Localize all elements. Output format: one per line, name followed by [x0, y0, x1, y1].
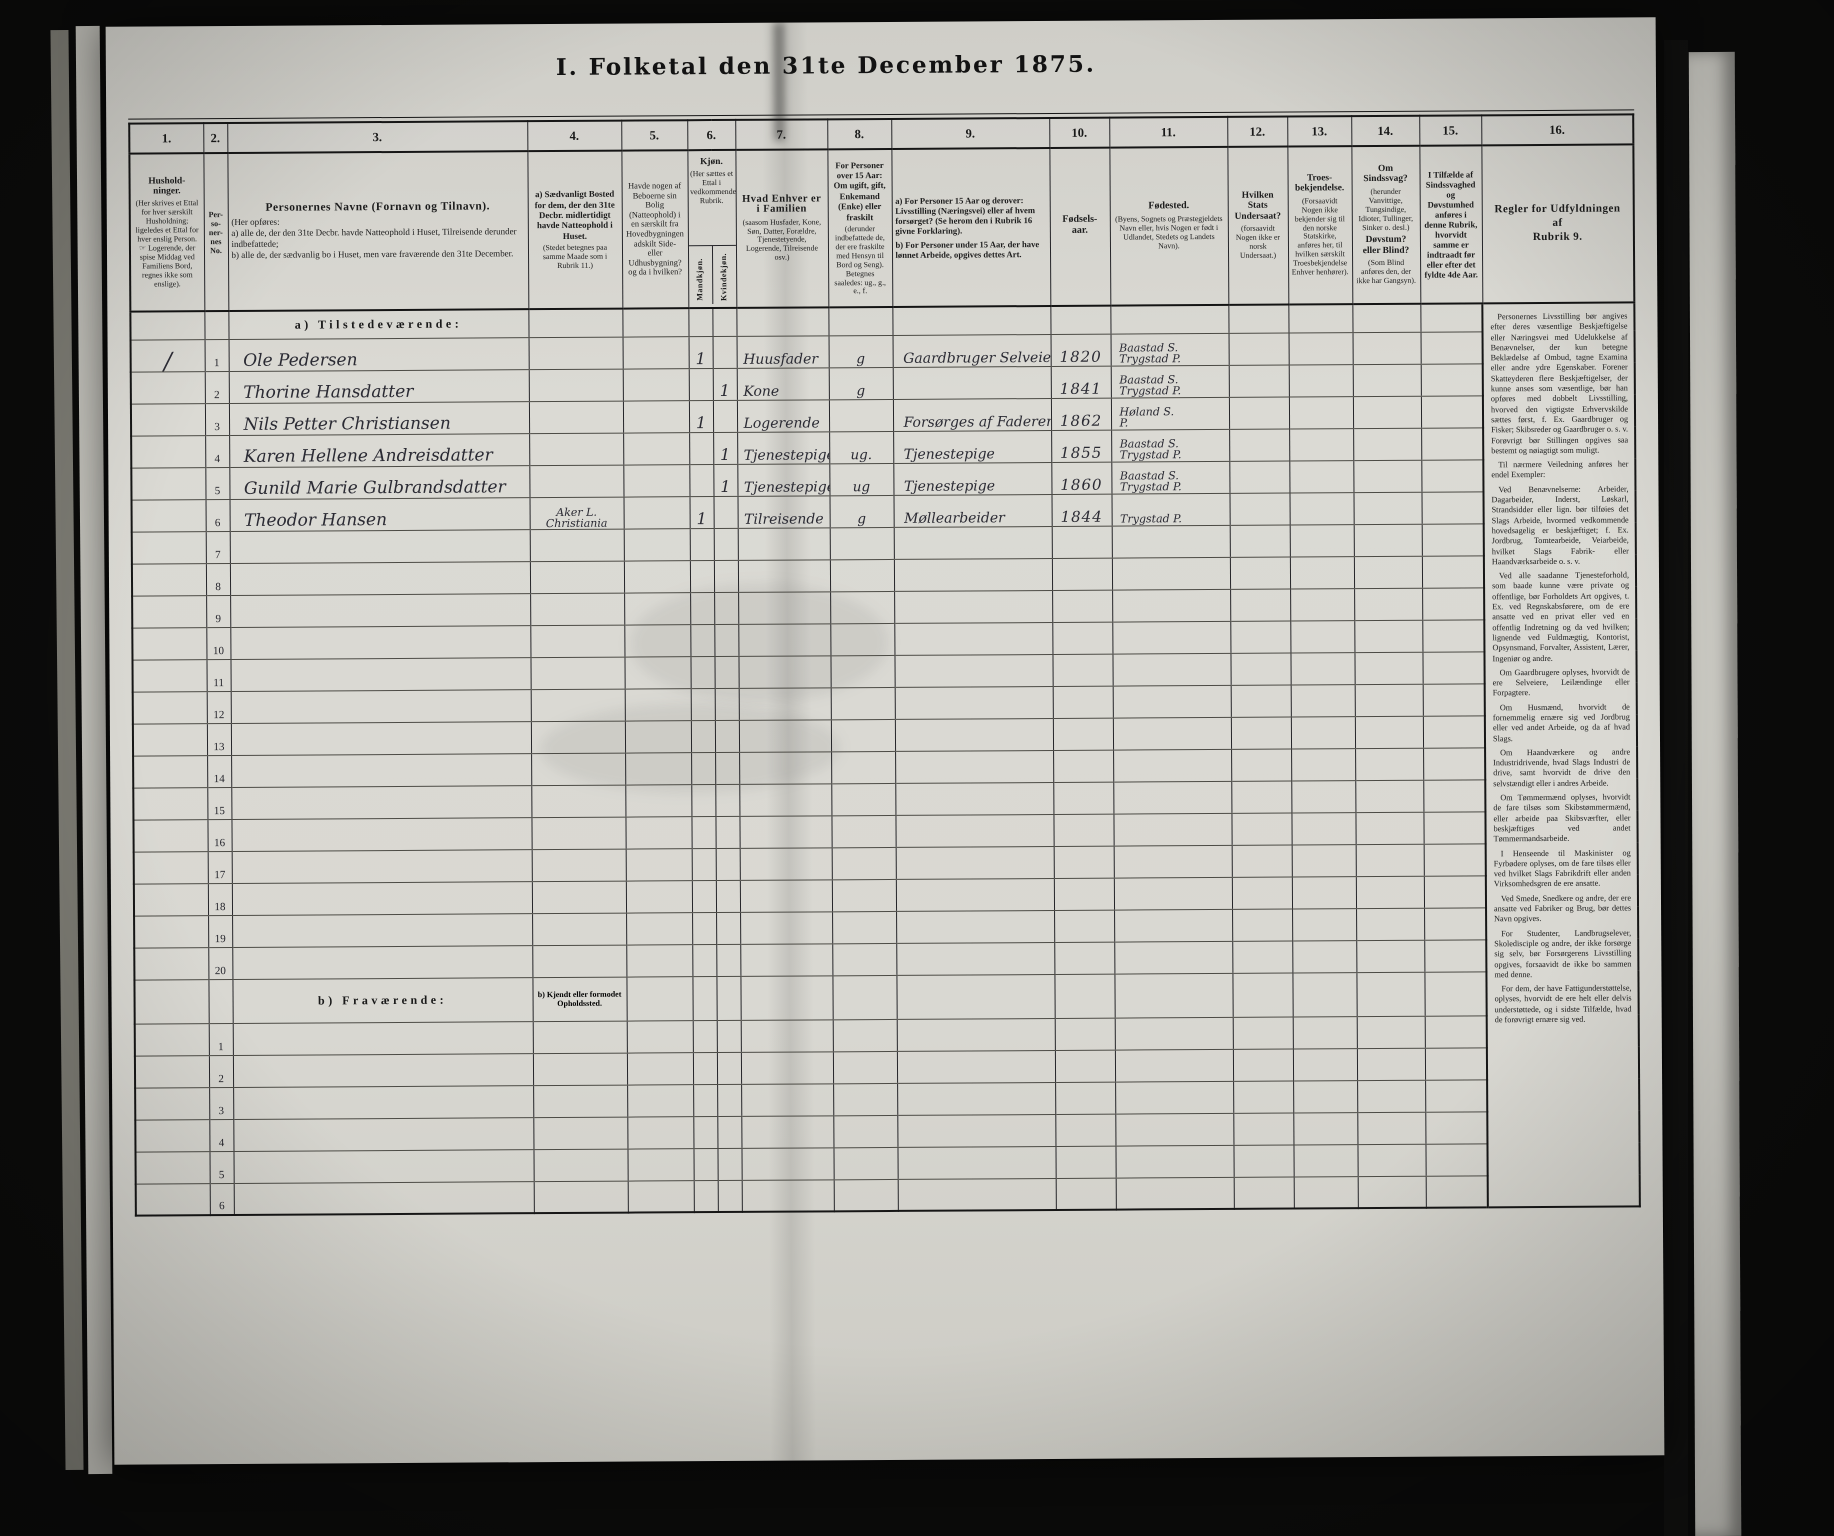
- birth-year: [1054, 846, 1114, 878]
- rules-paragraph: Personernes Livsstilling bør angives eft…: [1490, 311, 1628, 456]
- person-no: 5: [205, 467, 229, 499]
- birth-year: [1055, 1082, 1115, 1114]
- family-position: [741, 1019, 833, 1052]
- birthplace: Trygstad P.: [1111, 493, 1229, 526]
- marital-status: [831, 815, 895, 847]
- citizenship: [1229, 365, 1289, 397]
- citizenship: [1232, 941, 1292, 973]
- birth-year: [1052, 558, 1112, 590]
- male-mark: [689, 464, 713, 496]
- family-position: [741, 1083, 833, 1116]
- female-mark: [714, 560, 738, 592]
- outbuilding-answer: [626, 944, 692, 976]
- birth-year: [1054, 910, 1114, 942]
- occupation: Tjenestepige: [893, 462, 1051, 495]
- outbuilding-answer: [626, 848, 692, 880]
- person-no: 15: [207, 787, 231, 819]
- col-num-14: 14.: [1351, 116, 1419, 146]
- person-name: [232, 881, 532, 915]
- header-households: Hushold- ninger. (Her skrives et Ettal f…: [129, 153, 204, 311]
- citizenship: [1233, 1049, 1293, 1081]
- occupation: [895, 782, 1053, 815]
- rules-paragraph: Om Gaardbrugere oplyses, hvorvidt de ere…: [1493, 667, 1630, 699]
- male-mark: [688, 308, 712, 336]
- person-no: 10: [206, 627, 230, 659]
- marital-status: [831, 687, 895, 719]
- col-num-4: 4.: [527, 121, 621, 152]
- family-position: [740, 911, 832, 944]
- citizenship: [1230, 653, 1290, 685]
- family-position: [742, 1179, 834, 1212]
- household-mark: [134, 915, 208, 947]
- census-form-page: I. Folketal den 31te December 1875. 1. 2…: [106, 17, 1665, 1464]
- birthplace: Høland S. P.: [1111, 397, 1229, 430]
- usual-residence: [532, 913, 626, 946]
- family-position: [738, 655, 830, 688]
- usual-residence: [531, 689, 625, 722]
- household-mark: [132, 595, 206, 627]
- header-names: Personernes Navne (Fornavn og Tilnavn). …: [227, 151, 528, 311]
- household-mark: [132, 531, 206, 563]
- usual-residence: [533, 1149, 627, 1182]
- section-a-label: a) Tilstedeværende:: [228, 309, 528, 339]
- header-marital-status: For Personer over 15 Aar: Om ugift, gift…: [827, 149, 892, 307]
- birthplace: [1113, 781, 1231, 814]
- citizenship: [1233, 1017, 1293, 1049]
- female-mark: [716, 976, 740, 1020]
- col-num-15: 15.: [1419, 115, 1481, 145]
- page-title: I. Folketal den 31te December 1875.: [486, 50, 1166, 81]
- person-name: [230, 561, 530, 595]
- usual-residence: [531, 753, 625, 786]
- onset: [1425, 1111, 1487, 1143]
- onset: [1422, 523, 1484, 555]
- person-no: 3: [209, 1087, 233, 1119]
- citizenship: [1231, 685, 1291, 717]
- occupation: [896, 910, 1054, 943]
- birth-year: 1844: [1051, 494, 1111, 526]
- onset: [1424, 939, 1486, 971]
- female-mark: [715, 688, 739, 720]
- outbuilding-answer: [623, 432, 689, 464]
- header-birth-year: Fødsels- aar.: [1049, 148, 1110, 306]
- onset: [1423, 779, 1485, 811]
- header-citizenship: Hvilken Stats Undersaat? (forsaavidt Nog…: [1227, 147, 1288, 305]
- occupation: [897, 1050, 1055, 1083]
- col-num-12: 12.: [1227, 117, 1287, 147]
- faith: [1291, 812, 1355, 844]
- occupation: [896, 878, 1054, 911]
- occupation: [897, 1114, 1055, 1147]
- header-disability: Om Sindssvag? (herunder Vanvittige, Tung…: [1351, 146, 1420, 304]
- household-mark: [131, 403, 205, 435]
- usual-residence: [529, 401, 623, 434]
- marital-status: [830, 559, 894, 591]
- outbuilding-answer: [623, 464, 689, 496]
- marital-status: [833, 1147, 897, 1179]
- outbuilding-answer: [627, 1020, 693, 1052]
- disability: [1356, 908, 1424, 940]
- outbuilding-answer: [624, 656, 690, 688]
- male-mark: [691, 752, 715, 784]
- person-no: 2: [205, 371, 229, 403]
- occupation: [897, 1146, 1055, 1179]
- usual-residence: [532, 849, 626, 882]
- occupation: [892, 306, 1050, 335]
- person-name: [231, 689, 531, 723]
- citizenship: [1229, 397, 1289, 429]
- onset: [1424, 875, 1486, 907]
- faith: [1290, 556, 1354, 588]
- onset: [1425, 1015, 1487, 1047]
- header-usual-residence: a) Sædvanligt Bosted for dem, der den 31…: [527, 151, 622, 310]
- marital-status: [831, 719, 895, 751]
- birth-year: [1054, 974, 1114, 1018]
- family-position: Huusfader: [737, 335, 829, 368]
- rules-paragraph: Til nærmere Veiledning anføres her endel…: [1491, 460, 1628, 481]
- person-name: Thorine Hansdatter: [229, 369, 529, 403]
- usual-residence: Aker L. Christiania: [530, 497, 624, 530]
- occupation: [894, 622, 1052, 655]
- rules-paragraph: Om Husmænd, hvorvidt de fornemmelig ernæ…: [1493, 702, 1630, 744]
- person-name: [233, 1085, 533, 1119]
- person-no: 16: [207, 819, 231, 851]
- birth-year: [1052, 526, 1112, 558]
- outbuilding-answer: [623, 400, 689, 432]
- outbuilding-answer: [623, 336, 689, 368]
- outbuilding-answer: [626, 976, 692, 1020]
- disability: [1357, 1016, 1425, 1048]
- household-mark: [135, 1055, 209, 1087]
- female-mark: [714, 496, 738, 528]
- faith: [1291, 684, 1355, 716]
- occupation: Tjenestepige: [893, 430, 1051, 463]
- family-position: Logerende: [737, 399, 829, 432]
- family-position: [738, 559, 830, 592]
- person-name: [231, 817, 531, 851]
- occupation: [894, 590, 1052, 623]
- disability: [1355, 684, 1423, 716]
- faith: [1291, 748, 1355, 780]
- person-no: 17: [208, 851, 232, 883]
- male-mark: [690, 528, 714, 560]
- household-mark: [135, 1087, 209, 1119]
- household-mark: [130, 311, 204, 339]
- faith: [1293, 1016, 1357, 1048]
- marital-status: [831, 751, 895, 783]
- person-no: 1: [209, 1023, 233, 1055]
- onset: [1421, 331, 1483, 363]
- person-no: 18: [208, 883, 232, 915]
- female-mark: [713, 336, 737, 368]
- birth-year: [1054, 878, 1114, 910]
- faith: [1293, 1112, 1357, 1144]
- male-mark: [693, 1084, 717, 1116]
- onset: [1423, 747, 1485, 779]
- citizenship: [1230, 589, 1290, 621]
- female-mark: [714, 656, 738, 688]
- citizenship: [1234, 1177, 1294, 1209]
- onset: [1421, 395, 1483, 427]
- family-position: [738, 591, 830, 624]
- person-no: 5: [209, 1151, 233, 1183]
- household-mark: [132, 627, 206, 659]
- marital-status: [828, 307, 892, 335]
- outbuilding-answer: [623, 368, 689, 400]
- marital-status: [830, 623, 894, 655]
- female-mark: [716, 944, 740, 976]
- occupation: [895, 718, 1053, 751]
- birthplace: [1112, 653, 1230, 686]
- person-no: 13: [207, 723, 231, 755]
- person-no: [208, 979, 232, 1023]
- usual-residence: [533, 1085, 627, 1118]
- marital-status: [833, 1019, 897, 1051]
- family-position: Kone: [737, 367, 829, 400]
- household-mark: [132, 659, 206, 691]
- family-position: [738, 527, 830, 560]
- marital-status: [833, 1051, 897, 1083]
- person-name: [230, 657, 530, 691]
- outbuilding-answer: [626, 912, 692, 944]
- birth-year: 1855: [1051, 430, 1111, 462]
- marital-status: [832, 879, 896, 911]
- female-mark: [717, 1116, 741, 1148]
- census-table: 1. 2. 3. 4. 5. 6. 7. 8. 9. 10. 11. 12. 1…: [128, 109, 1641, 1216]
- birthplace: [1112, 557, 1230, 590]
- disability: [1355, 812, 1423, 844]
- book-gutter: [1664, 40, 1688, 1536]
- female-mark: 1: [713, 464, 737, 496]
- person-no: 1: [205, 339, 229, 371]
- section-b-note: b) Kjendt eller formodet Opholdssted.: [532, 977, 626, 1022]
- male-mark: [689, 368, 713, 400]
- usual-residence: [531, 817, 625, 850]
- faith: [1293, 1080, 1357, 1112]
- col-num-11: 11.: [1109, 117, 1227, 148]
- marital-status: ug: [829, 463, 893, 495]
- usual-residence: [529, 433, 623, 466]
- usual-residence: [529, 337, 623, 370]
- male-mark: [691, 720, 715, 752]
- disability: [1357, 1144, 1425, 1176]
- male-mark: [693, 1020, 717, 1052]
- onset: [1426, 1175, 1488, 1207]
- occupation: [897, 1018, 1055, 1051]
- disability: [1356, 844, 1424, 876]
- marital-status: g: [829, 335, 893, 367]
- family-position: [740, 847, 832, 880]
- household-mark: [133, 691, 207, 723]
- scanned-census-photo: I. Folketal den 31te December 1875. 1. 2…: [0, 0, 1834, 1536]
- family-position: [741, 1147, 833, 1180]
- household-mark: [131, 435, 205, 467]
- person-name: [230, 529, 530, 563]
- person-no: [204, 311, 228, 339]
- marital-status: [830, 527, 894, 559]
- outbuilding-answer: [624, 528, 690, 560]
- household-mark: ∕: [131, 339, 205, 371]
- birth-year: [1055, 1018, 1115, 1050]
- birthplace: [1116, 1177, 1234, 1210]
- person-name: [231, 721, 531, 755]
- female-mark: [716, 880, 740, 912]
- onset: [1424, 907, 1486, 939]
- female-mark: [714, 592, 738, 624]
- family-position: Tjenestepige: [737, 463, 829, 496]
- column-header-row: Hushold- ninger. (Her skrives et Ettal f…: [129, 144, 1634, 311]
- disability: [1352, 304, 1420, 332]
- col-num-16: 16.: [1481, 114, 1633, 145]
- faith: [1289, 460, 1353, 492]
- faith: [1289, 396, 1353, 428]
- occupation: [893, 366, 1051, 399]
- marital-status: [829, 399, 893, 431]
- person-no: 20: [208, 947, 232, 979]
- usual-residence: [533, 1053, 627, 1086]
- family-position: [740, 975, 832, 1020]
- family-position: [740, 879, 832, 912]
- col-num-6: 6.: [687, 120, 735, 150]
- family-position: [739, 687, 831, 720]
- header-rules: Regler for Udfyldningen af Rubrik 9.: [1481, 144, 1634, 303]
- household-mark: [133, 723, 207, 755]
- marital-status: ug.: [829, 431, 893, 463]
- person-no: 6: [210, 1183, 234, 1215]
- faith: [1291, 716, 1355, 748]
- marital-status: [832, 943, 896, 975]
- birthplace: [1113, 749, 1231, 782]
- person-name: [231, 753, 531, 787]
- person-name: Ole Pedersen: [229, 337, 529, 371]
- outbuilding-answer: [626, 880, 692, 912]
- occupation: [896, 974, 1054, 1019]
- birth-year: [1053, 814, 1113, 846]
- faith: [1290, 652, 1354, 684]
- male-mark: [692, 880, 716, 912]
- citizenship: [1231, 749, 1291, 781]
- birth-year: [1053, 782, 1113, 814]
- rules-paragraph: For dem, der have Fattigunderstøttelse, …: [1494, 984, 1631, 1026]
- disability: [1355, 780, 1423, 812]
- female-mark: [718, 1180, 742, 1212]
- header-birthplace: Fødested. (Byens, Sognets og Præstegjeld…: [1109, 147, 1228, 306]
- marital-status: [834, 1179, 898, 1211]
- birth-year: 1820: [1051, 334, 1111, 366]
- disability: [1357, 1048, 1425, 1080]
- header-occupation: a) For Personer 15 Aar og derover: Livss…: [891, 148, 1050, 307]
- citizenship: [1228, 305, 1288, 333]
- citizenship: [1230, 621, 1290, 653]
- disability: [1354, 652, 1422, 684]
- outbuilding-answer: [628, 1180, 694, 1212]
- header-faith: Troes- bekjendelse. (Forsaavidt Nogen ik…: [1287, 146, 1352, 304]
- person-name: [233, 1149, 533, 1183]
- birthplace: [1113, 813, 1231, 846]
- col-num-7: 7.: [735, 119, 827, 150]
- occupation: [894, 654, 1052, 687]
- onset: [1424, 971, 1486, 1015]
- person-name: [231, 785, 531, 819]
- birthplace: [1113, 717, 1231, 750]
- usual-residence: [530, 529, 624, 562]
- citizenship: [1232, 845, 1292, 877]
- disability: [1353, 364, 1421, 396]
- onset: [1421, 363, 1483, 395]
- female-mark: [714, 624, 738, 656]
- header-female: Kvindekjøn.: [711, 246, 735, 304]
- faith: [1292, 844, 1356, 876]
- outbuilding-answer: [622, 308, 688, 336]
- family-position: [739, 783, 831, 816]
- female-mark: 1: [713, 432, 737, 464]
- citizenship: [1233, 1145, 1293, 1177]
- usual-residence: [531, 785, 625, 818]
- person-name: [230, 625, 530, 659]
- family-position: [740, 943, 832, 976]
- onset: [1423, 715, 1485, 747]
- disability: [1354, 620, 1422, 652]
- person-name: Nils Petter Christiansen: [229, 401, 529, 435]
- onset: [1425, 1143, 1487, 1175]
- faith: [1288, 304, 1352, 332]
- person-name: [232, 945, 532, 979]
- family-position: Tjenestepige: [737, 431, 829, 464]
- citizenship: [1233, 1081, 1293, 1113]
- occupation: [895, 750, 1053, 783]
- col-num-8: 8.: [827, 119, 891, 149]
- birthplace: [1112, 525, 1230, 558]
- birthplace: [1115, 1049, 1233, 1082]
- usual-residence: [532, 945, 626, 978]
- male-mark: [691, 688, 715, 720]
- outbuilding-answer: [624, 592, 690, 624]
- birthplace: [1114, 909, 1232, 942]
- outbuilding-answer: [625, 752, 691, 784]
- birthplace: [1110, 305, 1228, 334]
- birth-year: 1862: [1051, 398, 1111, 430]
- outbuilding-answer: [624, 560, 690, 592]
- marital-status: g: [829, 367, 893, 399]
- birthplace: [1114, 973, 1232, 1018]
- citizenship: [1233, 1113, 1293, 1145]
- birthplace: Baastad S. Trygstad P.: [1111, 461, 1229, 494]
- birth-year: [1053, 686, 1113, 718]
- male-mark: [690, 560, 714, 592]
- birth-year: 1841: [1051, 366, 1111, 398]
- outbuilding-answer: [624, 496, 690, 528]
- female-mark: [717, 1020, 741, 1052]
- birthplace: [1114, 877, 1232, 910]
- birth-year: [1050, 306, 1110, 334]
- header-onset: I Tilfælde af Sindssvaghed og Døvstumhed…: [1419, 145, 1482, 303]
- col-num-13: 13.: [1287, 116, 1351, 146]
- birthplace: [1112, 621, 1230, 654]
- header-male: Mandkjøn.: [688, 246, 711, 304]
- household-mark: [131, 467, 205, 499]
- citizenship: [1229, 493, 1289, 525]
- male-mark: [694, 1180, 718, 1212]
- person-name: [233, 1117, 533, 1151]
- person-name: [233, 1053, 533, 1087]
- marital-status: [830, 655, 894, 687]
- household-mark: [133, 755, 207, 787]
- faith: [1293, 1144, 1357, 1176]
- usual-residence: [529, 369, 623, 402]
- outbuilding-answer: [625, 688, 691, 720]
- faith: [1292, 876, 1356, 908]
- citizenship: [1231, 781, 1291, 813]
